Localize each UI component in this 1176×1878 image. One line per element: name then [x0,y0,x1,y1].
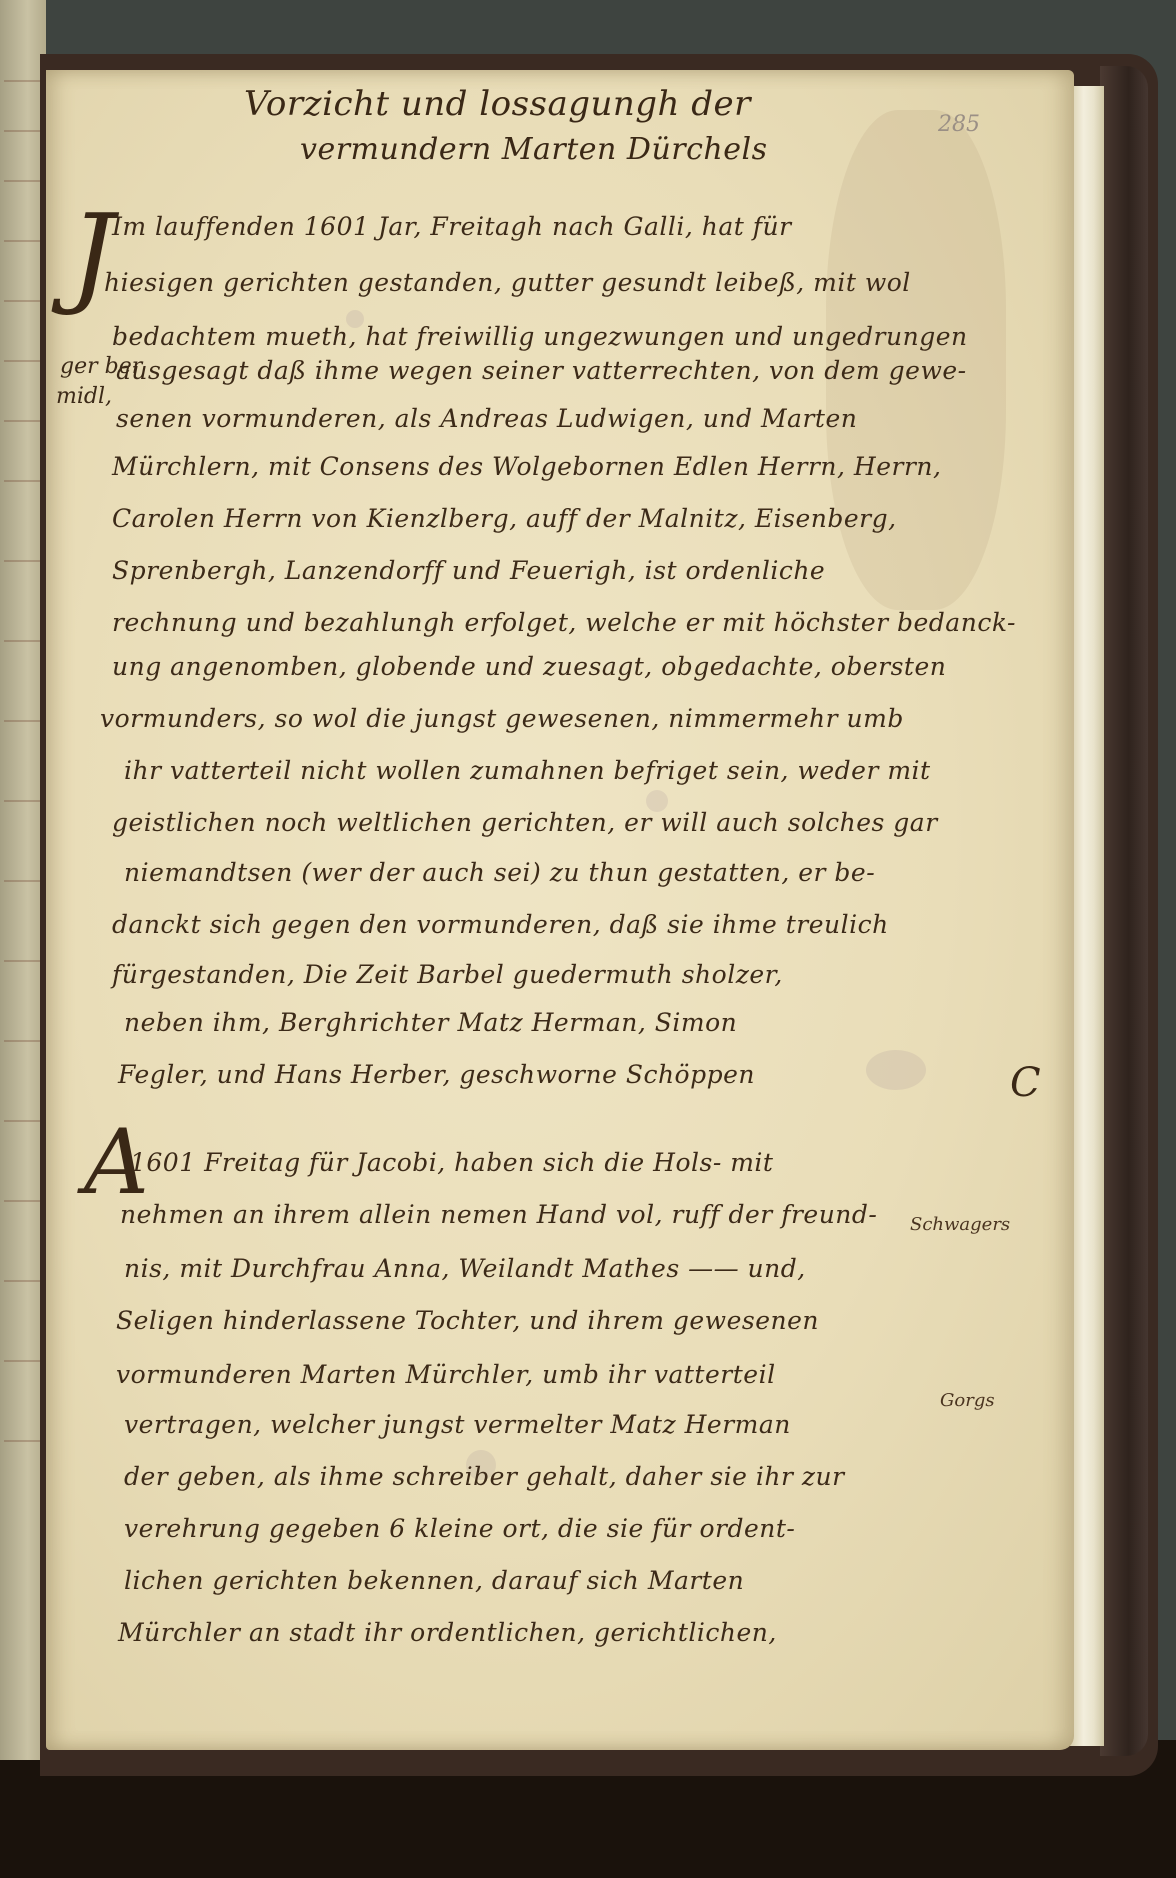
entry-1-line: Carolen Herrn von Kienzlberg, auff der M… [112,504,897,533]
entry-1-line: rechnung und bezahlungh erfolget, welche… [112,608,1016,637]
entry-1-line: neben ihm, Berghrichter Matz Herman, Sim… [124,1008,737,1037]
entry-2-line: Mürchler an stadt ihr ordentlichen, geri… [118,1618,777,1647]
entry-2-line: nis, mit Durchfrau Anna, Weilandt Mathes… [124,1254,806,1283]
entry-2-line: verehrung gegeben 6 kleine ort, die sie … [124,1514,795,1543]
entry-1-line: danckt sich gegen den vormunderen, daß s… [112,910,889,939]
margin-note-2: midl, [56,384,112,409]
entry-1-line: vormunders, so wol die jungst gewesenen,… [100,704,904,733]
entry-1-line: hiesigen gerichten gestanden, gutter ges… [104,268,911,297]
entry-1-line: Sprenbergh, Lanzendorff und Feuerigh, is… [112,556,825,585]
entry-1-line: bedachtem mueth, hat freiwillig ungezwun… [112,322,968,351]
folio-number: 285 [938,112,980,137]
entry-2-line: Seligen hinderlassene Tochter, und ihrem… [116,1306,819,1335]
closing-mark: C [1010,1060,1041,1106]
entry-2-line: lichen gerichten bekennen, darauf sich M… [124,1566,744,1595]
entry-1-line: geistlichen noch weltlichen gerichten, e… [112,808,938,837]
decorative-initial-i: J [70,190,114,318]
entry-2-line: 1601 Freitag für Jacobi, haben sich die … [130,1148,773,1177]
entry-1-line: Fegler, und Hans Herber, geschworne Schö… [118,1060,755,1089]
page-edges [1070,86,1104,1746]
entry-1-line: fürgestanden, Die Zeit Barbel guedermuth… [112,960,783,989]
book-cover-spine-edge [1100,66,1148,1756]
entry-1-line: Mürchlern, mit Consens des Wolgebornen E… [112,452,941,481]
entry-2-line: vormunderen Marten Mürchler, umb ihr vat… [116,1360,776,1389]
entry-1-line: ausgesagt daß ihme wegen seiner vatterre… [116,356,967,385]
title-line-2: vermundern Marten Dürchels [300,132,767,167]
entry-1-line: niemandtsen (wer der auch sei) zu thun g… [124,858,875,887]
title-line-1: Vorzicht und lossagungh der [244,84,751,124]
entry-1-line: senen vormunderen, als Andreas Ludwigen,… [116,404,857,433]
interlinear-insertion: Schwagers [910,1214,1010,1235]
entry-1-line: Im lauffenden 1601 Jar, Freitagh nach Ga… [112,212,792,241]
entry-2-line: der geben, als ihme schreiber gehalt, da… [124,1462,845,1491]
entry-1-line: ung angenomben, globende und zuesagt, ob… [112,652,946,681]
entry-2-line: vertragen, welcher jungst vermelter Matz… [124,1410,791,1439]
entry-1-line: ihr vatterteil nicht wollen zumahnen bef… [124,756,931,785]
interlinear-insertion: Gorgs [940,1390,995,1411]
entry-2-line: nehmen an ihrem allein nemen Hand vol, r… [120,1200,877,1229]
